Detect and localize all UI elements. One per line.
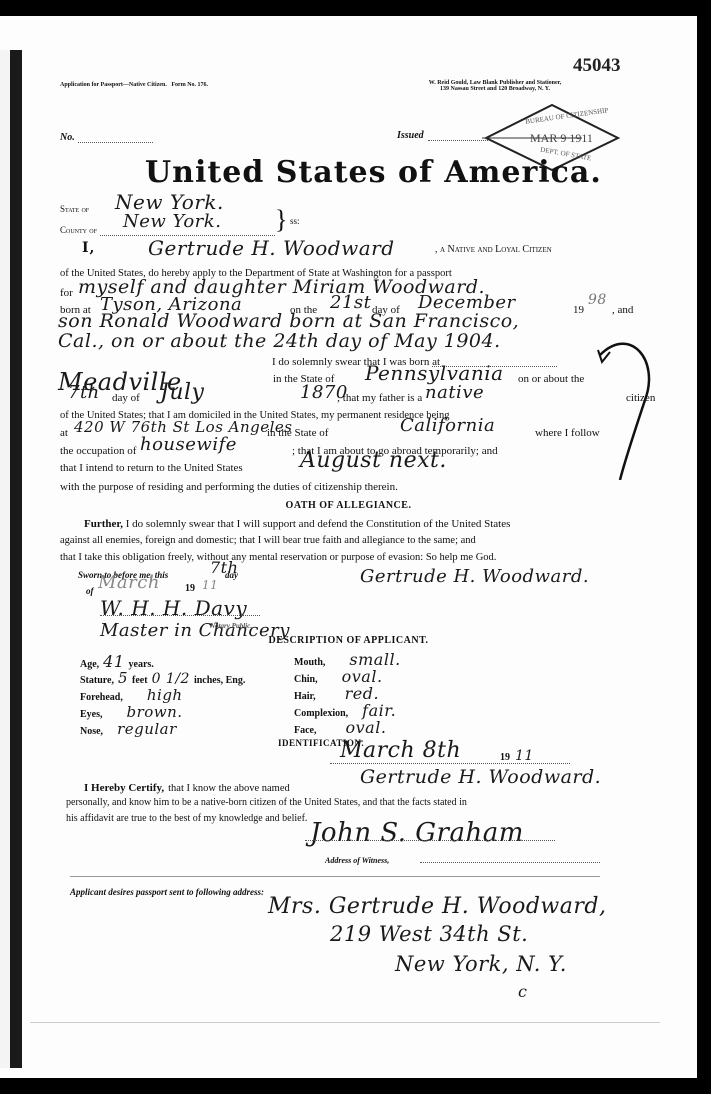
- certify-text: that I know the above named: [168, 783, 290, 794]
- allegiance-text-1: I do solemnly swear that I will support …: [126, 518, 511, 530]
- section-divider: [70, 876, 600, 877]
- no-label: No.: [60, 132, 75, 143]
- year-prefix: 19: [573, 304, 584, 316]
- identification-date: March 8th: [340, 738, 461, 763]
- residence-state-label: in the State of: [267, 427, 328, 439]
- i-label: I,: [82, 240, 95, 256]
- and-label: , and: [612, 304, 633, 316]
- sworn-of-label: of: [86, 586, 94, 596]
- sworn-day-label: day: [225, 570, 238, 580]
- page-title: United States of America.: [145, 155, 602, 190]
- applicant-signature: Gertrude H. Woodward.: [360, 566, 589, 587]
- identification-year: 11: [515, 748, 534, 764]
- identification-year-prefix: 19: [500, 752, 510, 763]
- son-line-2: Cal., on or about the 24th day of May 19…: [58, 330, 501, 352]
- birth-day: 7th: [68, 382, 100, 403]
- further-label: Further,: [84, 518, 123, 530]
- form-title-text: Application for Passport—Native Citizen.: [60, 82, 167, 88]
- stature-label: Stature,: [80, 675, 114, 686]
- allegiance-heading: OATH OF ALLEGIANCE.: [0, 500, 697, 511]
- mailing-line-2: 219 West 34th St.: [330, 922, 528, 946]
- nose-field: Nose, regular: [80, 720, 177, 739]
- at-label: at: [60, 427, 68, 439]
- publisher-line-2: 139 Nassau Street and 120 Broadway, N. Y…: [395, 86, 595, 92]
- follow-label: where I follow: [535, 427, 600, 439]
- applicant-name: Gertrude H. Woodward: [148, 236, 395, 260]
- nose-label: Nose,: [80, 726, 103, 737]
- form-title: Application for Passport—Native Citizen.…: [60, 82, 208, 88]
- mailing-label: Applicant desires passport sent to follo…: [70, 887, 264, 897]
- citizen-label: citizen: [626, 392, 655, 404]
- allegiance-line-3: that I take this obligation freely, with…: [60, 552, 496, 563]
- occupation-label: the occupation of: [60, 445, 136, 457]
- margin-mark: c: [518, 982, 527, 1001]
- form-number: Form No. 176.: [171, 82, 208, 88]
- certify-label: I Hereby Certify,: [84, 782, 164, 794]
- sworn-year: 11: [202, 578, 218, 592]
- notary-label: Notary Public.: [210, 622, 252, 630]
- mailing-line-3: New York, N. Y.: [395, 952, 567, 976]
- official-signature-line: [100, 615, 260, 616]
- identified-name: Gertrude H. Woodward.: [360, 766, 601, 788]
- stature-inches: 0 1/2: [152, 671, 190, 687]
- certify-line-2: personally, and know him to be a native-…: [66, 797, 467, 808]
- purpose-text: with the purpose of residing and perform…: [60, 481, 398, 493]
- allegiance-line-1: Further, I do solemnly swear that I will…: [84, 518, 510, 530]
- document-number: 45043: [573, 55, 621, 77]
- inches-label: inches, Eng.: [194, 675, 245, 686]
- stature-feet: 5: [118, 669, 128, 687]
- return-value: August next.: [300, 448, 447, 473]
- witness-signature: John S. Graham: [310, 818, 524, 848]
- eyes-value: brown.: [127, 703, 183, 721]
- sworn-year-prefix: 19: [185, 583, 195, 594]
- certify-line: I Hereby Certify, that I know the above …: [84, 778, 290, 796]
- return-text: that I intend to return to the United St…: [60, 462, 243, 474]
- allegiance-line-2: against all enemies, foreign and domesti…: [60, 535, 476, 546]
- face-value: oval.: [346, 718, 387, 737]
- issued-label: Issued: [397, 130, 424, 141]
- citizen-text: , a Native and Loyal Citizen: [435, 244, 552, 255]
- sworn-month: March: [98, 572, 160, 593]
- birth-day-of-label: day of: [112, 392, 140, 404]
- ss-label: ss:: [290, 216, 300, 226]
- nose-value: regular: [117, 720, 177, 738]
- witness-address-line: [420, 862, 600, 863]
- county-label: County of: [60, 225, 97, 235]
- occupation: housewife: [140, 434, 237, 455]
- face-field: Face, oval.: [294, 718, 386, 738]
- birth-month: July: [160, 380, 204, 405]
- son-line-1: son Ronald Woodward born at San Francisc…: [58, 310, 519, 332]
- county-value: New York.: [123, 211, 221, 232]
- witness-signature-line: [305, 840, 555, 841]
- forehead-value: high: [147, 686, 183, 704]
- publisher: W. Reid Gould, Law Blank Publisher and S…: [395, 80, 595, 92]
- forehead-label: Forehead,: [80, 692, 123, 703]
- father-value: native: [425, 382, 484, 403]
- binding-rule: [10, 50, 22, 1068]
- father-text: ; that my father is a: [337, 392, 422, 404]
- brace: }: [275, 205, 287, 235]
- residence-state: California: [400, 415, 495, 436]
- page-edge: [0, 50, 10, 1068]
- birth-year-value: 98: [588, 292, 607, 308]
- eyes-label: Eyes,: [80, 709, 103, 720]
- insertion-arrow-mark: [590, 330, 660, 480]
- identification-date-line: [330, 763, 570, 764]
- witness-address-label: Address of Witness,: [325, 856, 389, 865]
- on-or-about-label: on or about the: [518, 373, 584, 385]
- bottom-rule: [30, 1022, 660, 1023]
- no-line: [78, 142, 153, 143]
- state-label: State of: [60, 204, 89, 214]
- issued-line: [428, 140, 488, 141]
- certify-line-3: his affidavit are true to the best of my…: [66, 813, 307, 824]
- stamp-date: MAR 9 1911: [530, 131, 593, 146]
- official-signature: W. H. H. Davy: [100, 596, 247, 620]
- face-label: Face,: [294, 725, 317, 736]
- mailing-line-1: Mrs. Gertrude H. Woodward,: [268, 894, 606, 919]
- feet-label: feet: [132, 675, 148, 686]
- for-label: for: [60, 287, 73, 299]
- description-heading: DESCRIPTION OF APPLICANT.: [0, 635, 697, 646]
